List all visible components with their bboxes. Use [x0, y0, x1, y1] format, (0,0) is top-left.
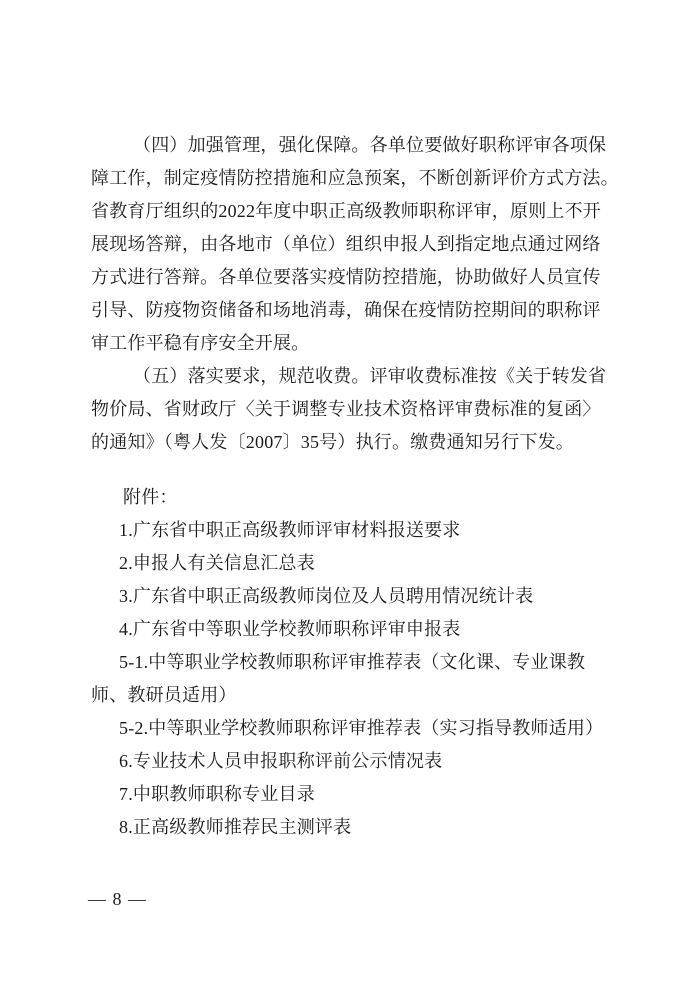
paragraph-4-line: 障工作，制定疫情防控措施和应急预案，不断创新评价方式方法。 — [91, 162, 621, 195]
attachment-item-5-2: 5-2.中等职业学校教师职称评审推荐表（实习指导教师适用） — [91, 712, 621, 745]
paragraph-4-line: 审工作平稳有序安全开展。 — [91, 327, 621, 360]
attachment-item-5-1: 5-1.中等职业学校教师职称评审推荐表（文化课、专业课教 — [91, 646, 621, 679]
paragraph-5-line: （五）落实要求，规范收费。评审收费标准按《关于转发省 — [91, 360, 621, 393]
document-body: （四）加强管理，强化保障。各单位要做好职称评审各项保 障工作，制定疫情防控措施和… — [91, 129, 621, 844]
attachment-item-7: 7.中职教师职称专业目录 — [91, 778, 621, 811]
paragraph-4-line: 引导、防疫物资储备和场地消毒，确保在疫情防控期间的职称评 — [91, 294, 621, 327]
paragraph-4-line: 方式进行答辩。各单位要落实疫情防控措施，协助做好人员宣传 — [91, 261, 621, 294]
attachment-item-2: 2.申报人有关信息汇总表 — [91, 547, 621, 580]
page-number-footer: — 8 — — [88, 888, 147, 910]
blank-line — [91, 459, 621, 481]
paragraph-4-line: （四）加强管理，强化保障。各单位要做好职称评审各项保 — [91, 129, 621, 162]
document-page: （四）加强管理，强化保障。各单位要做好职称评审各项保 障工作，制定疫情防控措施和… — [0, 0, 700, 990]
paragraph-5-line: 物价局、省财政厅〈关于调整专业技术资格评审费标准的复函〉 — [91, 393, 621, 426]
attachment-item-1: 1.广东省中职正高级教师评审材料报送要求 — [91, 514, 621, 547]
attachment-item-8: 8.正高级教师推荐民主测评表 — [91, 811, 621, 844]
attachment-item-5-1-continuation: 师、教研员适用） — [91, 679, 621, 712]
attachment-item-6: 6.专业技术人员申报职称评前公示情况表 — [91, 745, 621, 778]
paragraph-5-line: 的通知》（粤人发〔2007〕35号）执行。缴费通知另行下发。 — [91, 426, 621, 459]
attachment-item-3: 3.广东省中职正高级教师岗位及人员聘用情况统计表 — [91, 580, 621, 613]
paragraph-4-line: 省教育厅组织的2022年度中职正高级教师职称评审，原则上不开 — [91, 195, 621, 228]
attachments-label: 附件： — [91, 481, 621, 514]
attachment-item-4: 4.广东省中等职业学校教师职称评审申报表 — [91, 613, 621, 646]
paragraph-4-line: 展现场答辩，由各地市（单位）组织申报人到指定地点通过网络 — [91, 228, 621, 261]
